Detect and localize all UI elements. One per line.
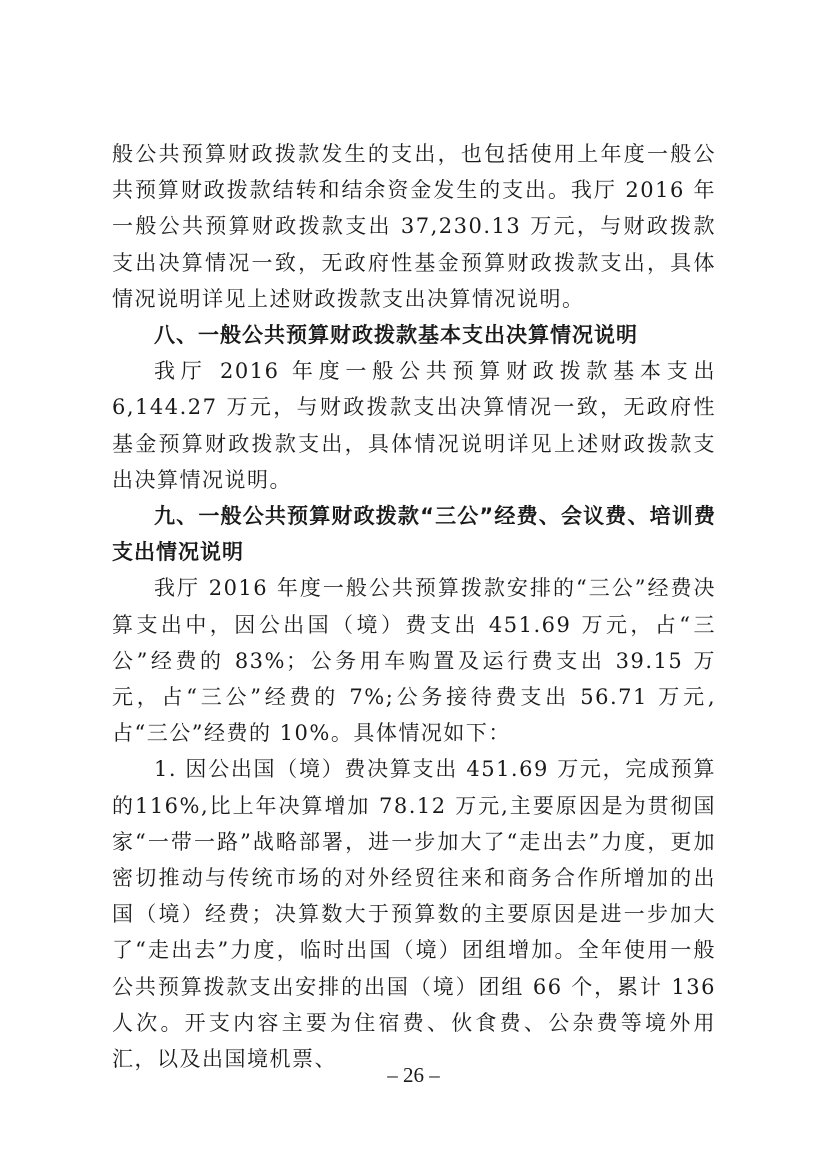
- section-heading-9: 九、一般公共预算财政拨款“三公”经费、会议费、培训费支出情况说明: [112, 498, 716, 570]
- paragraph-continuation: 般公共预算财政拨款发生的支出，也包括使用上年度一般公共预算财政拨款结转和结余资金…: [112, 136, 716, 317]
- paragraph-overseas-travel: 1. 因公出国（境）费决算支出 451.69 万元，完成预算的116%,比上年决…: [112, 751, 716, 1077]
- body-text: 般公共预算财政拨款发生的支出，也包括使用上年度一般公共预算财政拨款结转和结余资金…: [112, 136, 716, 1077]
- section-heading-8: 八、一般公共预算财政拨款基本支出决算情况说明: [112, 317, 716, 353]
- document-page: 般公共预算财政拨款发生的支出，也包括使用上年度一般公共预算财政拨款结转和结余资金…: [0, 0, 827, 1169]
- page-number: – 26 –: [0, 1063, 827, 1088]
- paragraph-basic-expenditure: 我厅 2016 年度一般公共预算财政拨款基本支出 6,144.27 万元，与财政…: [112, 353, 716, 498]
- paragraph-three-public-expenses: 我厅 2016 年度一般公共预算拨款安排的“三公”经费决算支出中，因公出国（境）…: [112, 570, 716, 751]
